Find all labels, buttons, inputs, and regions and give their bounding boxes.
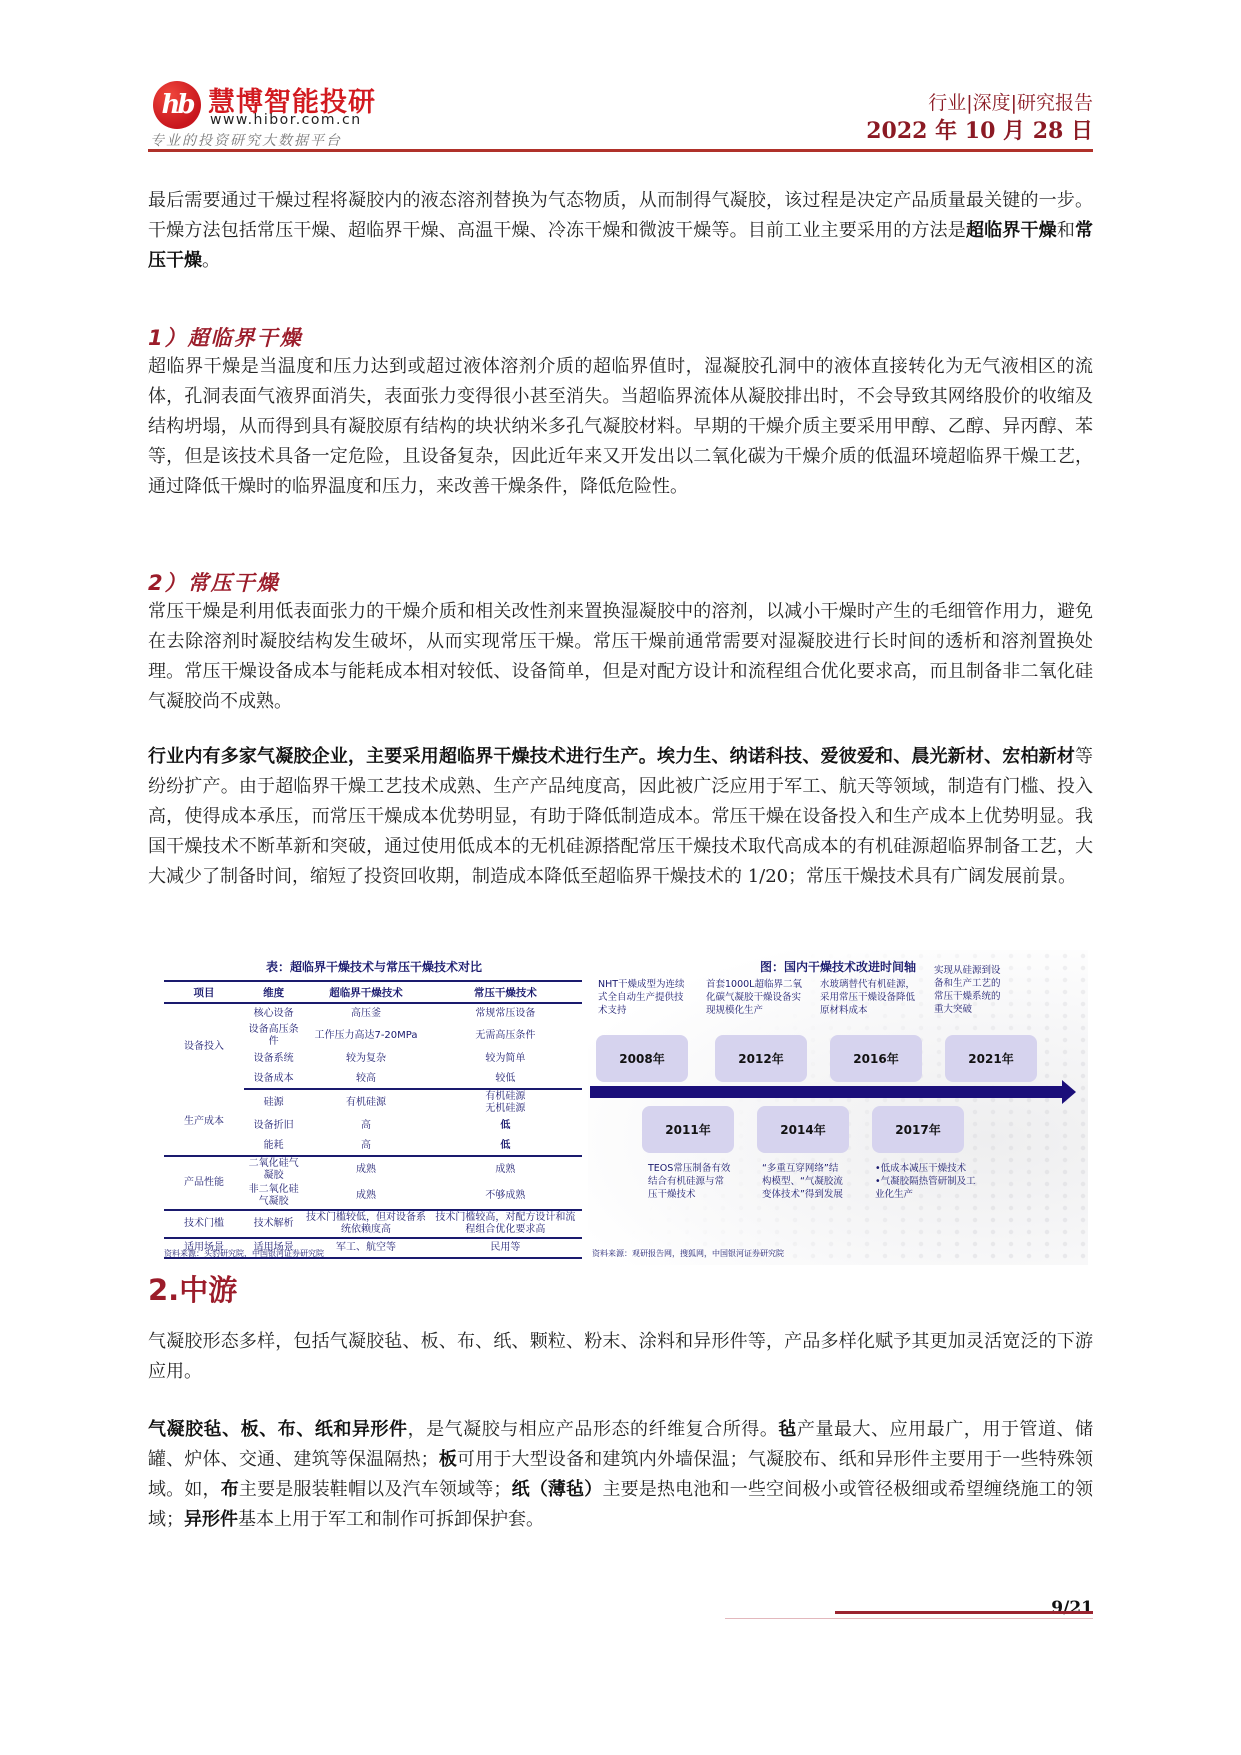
table-cell: 较为简单: [429, 1049, 582, 1069]
timeline-note-2008: NHT干燥成型为连续式全自动生产提供技术支持: [598, 978, 690, 1017]
table-cell: 技术解析: [244, 1210, 303, 1238]
table-header-cell: 常压干燥技术: [429, 981, 582, 1003]
timeline-note-2014: “多重互穿网络”结构模型、“气凝胶流变体技术”得到发展: [762, 1162, 846, 1201]
text-segment: ，是气凝胶与相应产品形态的纤维复合所得。: [408, 1419, 779, 1440]
table-cell: 能耗: [244, 1136, 303, 1156]
logo-url: www.hibor.com.cn: [210, 112, 362, 128]
bold-felt: 毡: [778, 1419, 797, 1440]
timeline-year-2017: 2017年: [872, 1106, 964, 1153]
text-segment: 主要是服装鞋帽以及汽车领域等；: [239, 1479, 511, 1500]
table-cell: 常规常压设备: [429, 1003, 582, 1023]
midstream-forms-paragraph: 气凝胶毡、板、布、纸和异形件，是气凝胶与相应产品形态的纤维复合所得。毡产量最大、…: [148, 1415, 1093, 1535]
subheading-supercritical: 1）超临界干燥: [148, 322, 303, 352]
timeline-note-2016: 水玻璃替代有机硅源，采用常压干燥设备降低原材料成本: [820, 978, 920, 1017]
timeline-source: 资料来源：观研报告网，搜狐网，中国银河证券研究院: [592, 1248, 784, 1259]
table-cell: 不够成熟: [429, 1183, 582, 1210]
group-label: 产品性能: [164, 1156, 244, 1210]
table-cell: 工作压力高达7-20MPa: [303, 1023, 429, 1049]
timeline-year-2021: 2021年: [945, 1035, 1037, 1082]
intro-end: 。: [202, 250, 220, 271]
page-number: 9/21: [1051, 1598, 1093, 1618]
table-header-row: 项目 维度 超临界干燥技术 常压干燥技术: [164, 981, 582, 1003]
supercritical-paragraph: 超临界干燥是当温度和压力达到或超过液体溶剂介质的超临界值时，湿凝胶孔洞中的液体直…: [148, 352, 1093, 502]
timeline-note-2012: 首套1000L超临界二氧化碳气凝胶干燥设备实现规模化生产: [706, 978, 806, 1017]
group-label: 设备投入: [164, 1003, 244, 1089]
arrow-right-icon: [1062, 1080, 1076, 1104]
table-header-cell: 超临界干燥技术: [303, 981, 429, 1003]
table-cell: 高压釜: [303, 1003, 429, 1023]
timeline-year-2014: 2014年: [757, 1106, 849, 1153]
intro-bold-supercritical: 超临界干燥: [966, 220, 1057, 241]
table-cell: 成熟: [303, 1156, 429, 1183]
intro-and: 和: [1057, 220, 1075, 241]
comparison-table-figure: 表：超临界干燥技术与常压干燥技术对比 项目 维度 超临界干燥技术 常压干燥技术 …: [160, 950, 588, 1265]
table-cell: 低: [429, 1136, 582, 1156]
table-row: 生产成本 硅源 有机硅源 有机硅源 无机硅源: [164, 1089, 582, 1116]
footer-rule-light: [725, 1618, 1093, 1619]
timeline-note-2011: TEOS常压制备有效结合有机硅源与常压干燥技术: [648, 1162, 732, 1201]
section-heading-midstream: 2.中游: [148, 1268, 237, 1309]
table-title: 表：超临界干燥技术与常压干燥技术对比: [160, 958, 588, 975]
table-cell: 设备系统: [244, 1049, 303, 1069]
table-cell: 核心设备: [244, 1003, 303, 1023]
bold-shaped-parts: 异形件: [184, 1509, 238, 1530]
bold-paper: 纸（薄毡）: [511, 1479, 602, 1500]
table-header-cell: 维度: [244, 981, 303, 1003]
ambient-paragraph: 常压干燥是利用低表面张力的干燥介质和相关改性剂来置换湿凝胶中的溶剂，以减小干燥时…: [148, 597, 1093, 717]
bold-forms: 气凝胶毡、板、布、纸和异形件: [148, 1419, 408, 1440]
table-cell: 成熟: [429, 1156, 582, 1183]
subheading-ambient: 2）常压干燥: [148, 567, 280, 597]
table-cell: 较低: [429, 1069, 582, 1089]
table-cell: 高: [303, 1136, 429, 1156]
timeline-figure: 图：国内干燥技术改进时间轴 NHT干燥成型为连续式全自动生产提供技术支持 首套1…: [588, 950, 1088, 1265]
midstream-intro-paragraph: 气凝胶形态多样，包括气凝胶毡、板、布、纸、颗粒、粉末、涂料和异形件等，产品多样化…: [148, 1327, 1093, 1387]
intro-paragraph: 最后需要通过干燥过程将凝胶内的液态溶剂替换为气态物质，从而制得气凝胶，该过程是决…: [148, 186, 1093, 276]
table-row: 设备投入 核心设备 高压釜 常规常压设备: [164, 1003, 582, 1023]
timeline-arrow-bar: [590, 1086, 1064, 1098]
industry-bold-lead: 行业内有多家气凝胶企业，主要采用超临界干燥技术进行生产。埃力生、纳诺科技、爱彼爱…: [148, 746, 1075, 767]
header-divider: [148, 149, 1093, 152]
group-label: 技术门槛: [164, 1210, 244, 1238]
table-cell: 较为复杂: [303, 1049, 429, 1069]
timeline-title: 图：国内干燥技术改进时间轴: [588, 958, 1088, 975]
table-row: 技术门槛 技术解析 技术门槛较低，但对设备系统依赖度高 技术门槛较高，对配方设计…: [164, 1210, 582, 1238]
hibor-logo: hb 慧博智能投研 www.hibor.com.cn 专业的投资研究大数据平台: [148, 78, 528, 148]
table-header-cell: 项目: [164, 981, 244, 1003]
table-cell: 设备折旧: [244, 1116, 303, 1136]
comparison-table: 项目 维度 超临界干燥技术 常压干燥技术 设备投入 核心设备 高压釜 常规常压设…: [164, 980, 582, 1259]
logo-mark-icon: hb: [153, 81, 201, 129]
timeline-note-2021: 实现从硅源到设备和生产工艺的常压干燥系统的重大突破: [934, 964, 1006, 1016]
table-cell: 二氧化硅气凝胶: [244, 1156, 303, 1183]
text-segment: 基本上用于军工和制作可拆卸保护套。: [238, 1509, 544, 1530]
table-cell: 技术门槛较低，但对设备系统依赖度高: [303, 1210, 429, 1238]
table-cell: 非二氧化硅气凝胶: [244, 1183, 303, 1210]
table-cell: 有机硅源 无机硅源: [429, 1089, 582, 1116]
table-source: 资料来源：头豹研究院，中国银河证券研究院: [164, 1248, 324, 1259]
table-cell: 低: [429, 1116, 582, 1136]
timeline-note-2017: •低成本减压干燥技术 •气凝胶隔热管研制及工业化生产: [875, 1162, 985, 1201]
table-row: 产品性能 二氧化硅气凝胶 成熟 成熟: [164, 1156, 582, 1183]
timeline-year-2011: 2011年: [642, 1106, 734, 1153]
timeline-year-2008: 2008年: [596, 1035, 688, 1082]
table-cell: 有机硅源: [303, 1089, 429, 1116]
bold-board: 板: [439, 1449, 457, 1470]
table-cell: 较高: [303, 1069, 429, 1089]
group-label: 生产成本: [164, 1089, 244, 1156]
table-cell: 技术门槛较高，对配方设计和流程组合优化要求高: [429, 1210, 582, 1238]
table-cell: 硅源: [244, 1089, 303, 1116]
intro-text: 最后需要通过干燥过程将凝胶内的液态溶剂替换为气态物质，从而制得气凝胶，该过程是决…: [148, 190, 1093, 241]
footer-rule-dark: [835, 1611, 1093, 1614]
table-cell: 成熟: [303, 1183, 429, 1210]
timeline-year-2016: 2016年: [830, 1035, 922, 1082]
table-cell: 民用等: [429, 1238, 582, 1258]
table-cell: 高: [303, 1116, 429, 1136]
table-cell: 无需高压条件: [429, 1023, 582, 1049]
timeline-year-2012: 2012年: [715, 1035, 807, 1082]
report-date: 2022 年 10 月 28 日: [866, 114, 1093, 145]
industry-paragraph: 行业内有多家气凝胶企业，主要采用超临界干燥技术进行生产。埃力生、纳诺科技、爱彼爱…: [148, 742, 1093, 892]
page-header: hb 慧博智能投研 www.hibor.com.cn 专业的投资研究大数据平台 …: [148, 78, 1093, 150]
bold-cloth: 布: [221, 1479, 239, 1500]
report-type: 行业|深度|研究报告: [928, 88, 1093, 115]
table-cell: 设备高压条件: [244, 1023, 303, 1049]
table-cell: 设备成本: [244, 1069, 303, 1089]
logo-slogan: 专业的投资研究大数据平台: [150, 130, 342, 150]
industry-text: 等纷纷扩产。由于超临界干燥工艺技术成熟、生产产品纯度高，因此被广泛应用于军工、航…: [148, 746, 1093, 887]
